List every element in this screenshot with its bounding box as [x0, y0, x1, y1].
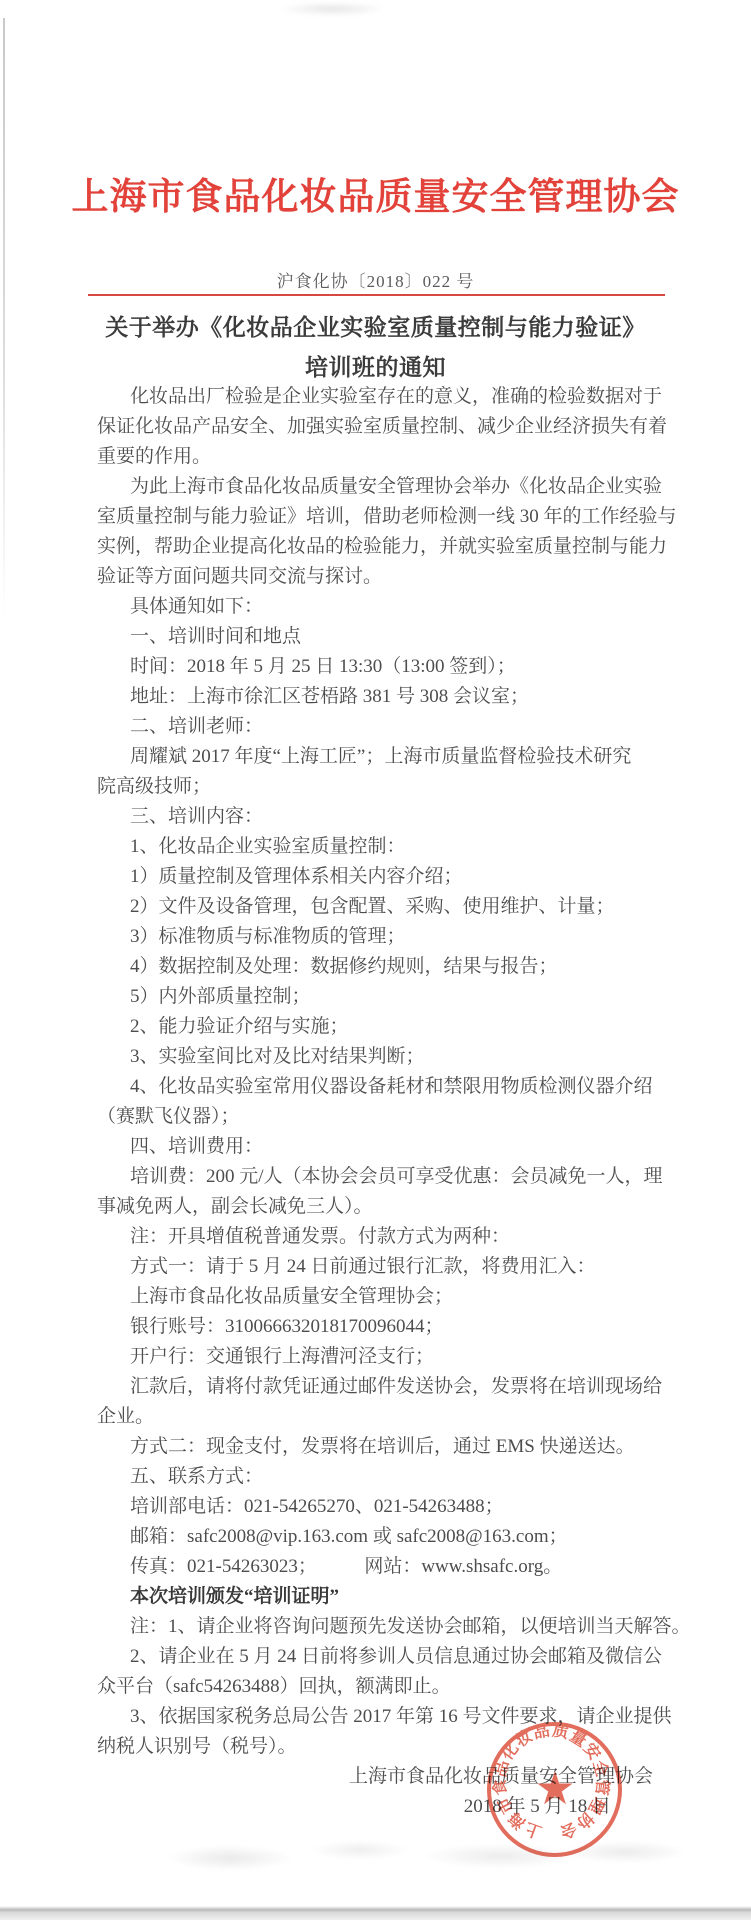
document-line: 方式一：请于 5 月 24 日前通过银行汇款，将费用汇入：	[97, 1252, 663, 1282]
document-line: 三、培训内容：	[97, 802, 663, 832]
document-line: 室质量控制与能力验证》培训，借助老师检测一线 30 年的工作经验与	[97, 502, 663, 532]
document-line: 上海市食品化妆品质量安全管理协会；	[97, 1282, 663, 1312]
document-line: 一、培训时间和地点	[97, 622, 663, 652]
official-seal: ★ 上海市食品化妆品质量安全管理协会	[487, 1722, 623, 1858]
document-line: 邮箱：safc2008@vip.163.com 或 safc2008@163.c…	[97, 1522, 663, 1552]
letterhead-rule	[88, 294, 665, 296]
document-line: 培训费：200 元/人（本协会会员可享受优惠：会员减免一人，理	[97, 1162, 663, 1192]
document-line: 2）文件及设备管理，包含配置、采购、使用维护、计量；	[97, 892, 663, 922]
doc-number: 沪食化协〔2018〕022 号	[0, 267, 751, 292]
document-line: 企业。	[97, 1402, 663, 1432]
document-line: 四、培训费用：	[97, 1132, 663, 1162]
document-line: 事减免两人，副会长减免三人）。	[97, 1192, 663, 1222]
document-line: 4）数据控制及处理：数据修约规则，结果与报告；	[97, 952, 663, 982]
document-line: （赛默飞仪器）；	[97, 1102, 663, 1132]
document-line: 具体通知如下：	[97, 592, 663, 622]
seal-text-ring: 上海市食品化妆品质量安全管理协会	[487, 1718, 614, 1845]
document-line: 注：开具增值税普通发票。付款方式为两种：	[97, 1222, 663, 1252]
document-line: 方式二：现金支付，发票将在培训后，通过 EMS 快递送达。	[97, 1432, 663, 1462]
document-line: 1）质量控制及管理体系相关内容介绍；	[97, 862, 663, 892]
document-line: 3）标准物质与标准物质的管理；	[97, 922, 663, 952]
document-line: 2、请企业在 5 月 24 日前将参训人员信息通过协会邮箱及微信公	[97, 1642, 663, 1672]
document-line: 2、能力验证介绍与实施；	[97, 1012, 663, 1042]
seal-text-char: 全	[588, 1757, 610, 1779]
document-line: 院高级技师；	[97, 772, 663, 802]
document-line: 1、化妆品企业实验室质量控制：	[97, 832, 663, 862]
document-line: 实例，帮助企业提高化妆品的检验能力，并就实验室质量控制与能力	[97, 532, 663, 562]
seal-text-char: 品	[531, 1722, 552, 1743]
document-line: 5）内外部质量控制；	[97, 982, 663, 1012]
notice-title-line2: 培训班的通知	[0, 349, 751, 382]
page-edge-bottom	[0, 1906, 751, 1920]
document-line: 时间：2018 年 5 月 25 日 13:30（13:00 签到）；	[97, 652, 663, 682]
document-line: 地址：上海市徐汇区苍梧路 381 号 308 会议室；	[97, 682, 663, 712]
document-body: 化妆品出厂检验是企业实验室存在的意义，准确的检验数据对于保证化妆品产品安全、加强…	[97, 382, 663, 1822]
document-line: 化妆品出厂检验是企业实验室存在的意义，准确的检验数据对于	[97, 382, 663, 412]
document-line: 众平台（safc54263488）回执，额满即止。	[97, 1672, 663, 1702]
document-line: 汇款后，请将付款凭证通过邮件发送协会，发票将在培训现场给	[97, 1372, 663, 1402]
scan-smudge-top	[278, 2, 388, 16]
document-line: 本次培训颁发“培训证明”	[97, 1582, 663, 1612]
document-line: 注：1、请企业将咨询问题预先发送协会邮箱，以便培训当天解答。	[97, 1612, 663, 1642]
document-line: 传真：021-54263023； 网站：www.shsafc.org。	[97, 1552, 663, 1582]
seal-text-char: 食	[491, 1777, 511, 1797]
document-line: 开户行：交通银行上海漕河泾支行；	[97, 1342, 663, 1372]
document-line: 周耀斌 2017 年度“上海工匠”；上海市质量监督检验技术研究	[97, 742, 663, 772]
document-line: 重要的作用。	[97, 442, 663, 472]
document-line: 五、联系方式：	[97, 1462, 663, 1492]
document-line: 3、实验室间比对及比对结果判断；	[97, 1042, 663, 1072]
document-line: 培训部电话：021-54265270、021-54263488；	[97, 1492, 663, 1522]
document-line: 银行账号：310066632018170096044；	[97, 1312, 663, 1342]
document-line: 为此上海市食品化妆品质量安全管理协会举办《化妆品企业实验	[97, 472, 663, 502]
document-line: 4、化妆品实验室常用仪器设备耗材和禁限用物质检测仪器介绍	[97, 1072, 663, 1102]
document-line: 二、培训老师：	[97, 712, 663, 742]
notice-title-line1: 关于举办《化妆品企业实验室质量控制与能力验证》	[0, 309, 751, 342]
document-line: 保证化妆品产品安全、加强实验室质量控制、减少企业经济损失有着	[97, 412, 663, 442]
org-title: 上海市食品化妆品质量安全管理协会	[0, 166, 751, 220]
document-line: 验证等方面问题共同交流与探讨。	[97, 562, 663, 592]
